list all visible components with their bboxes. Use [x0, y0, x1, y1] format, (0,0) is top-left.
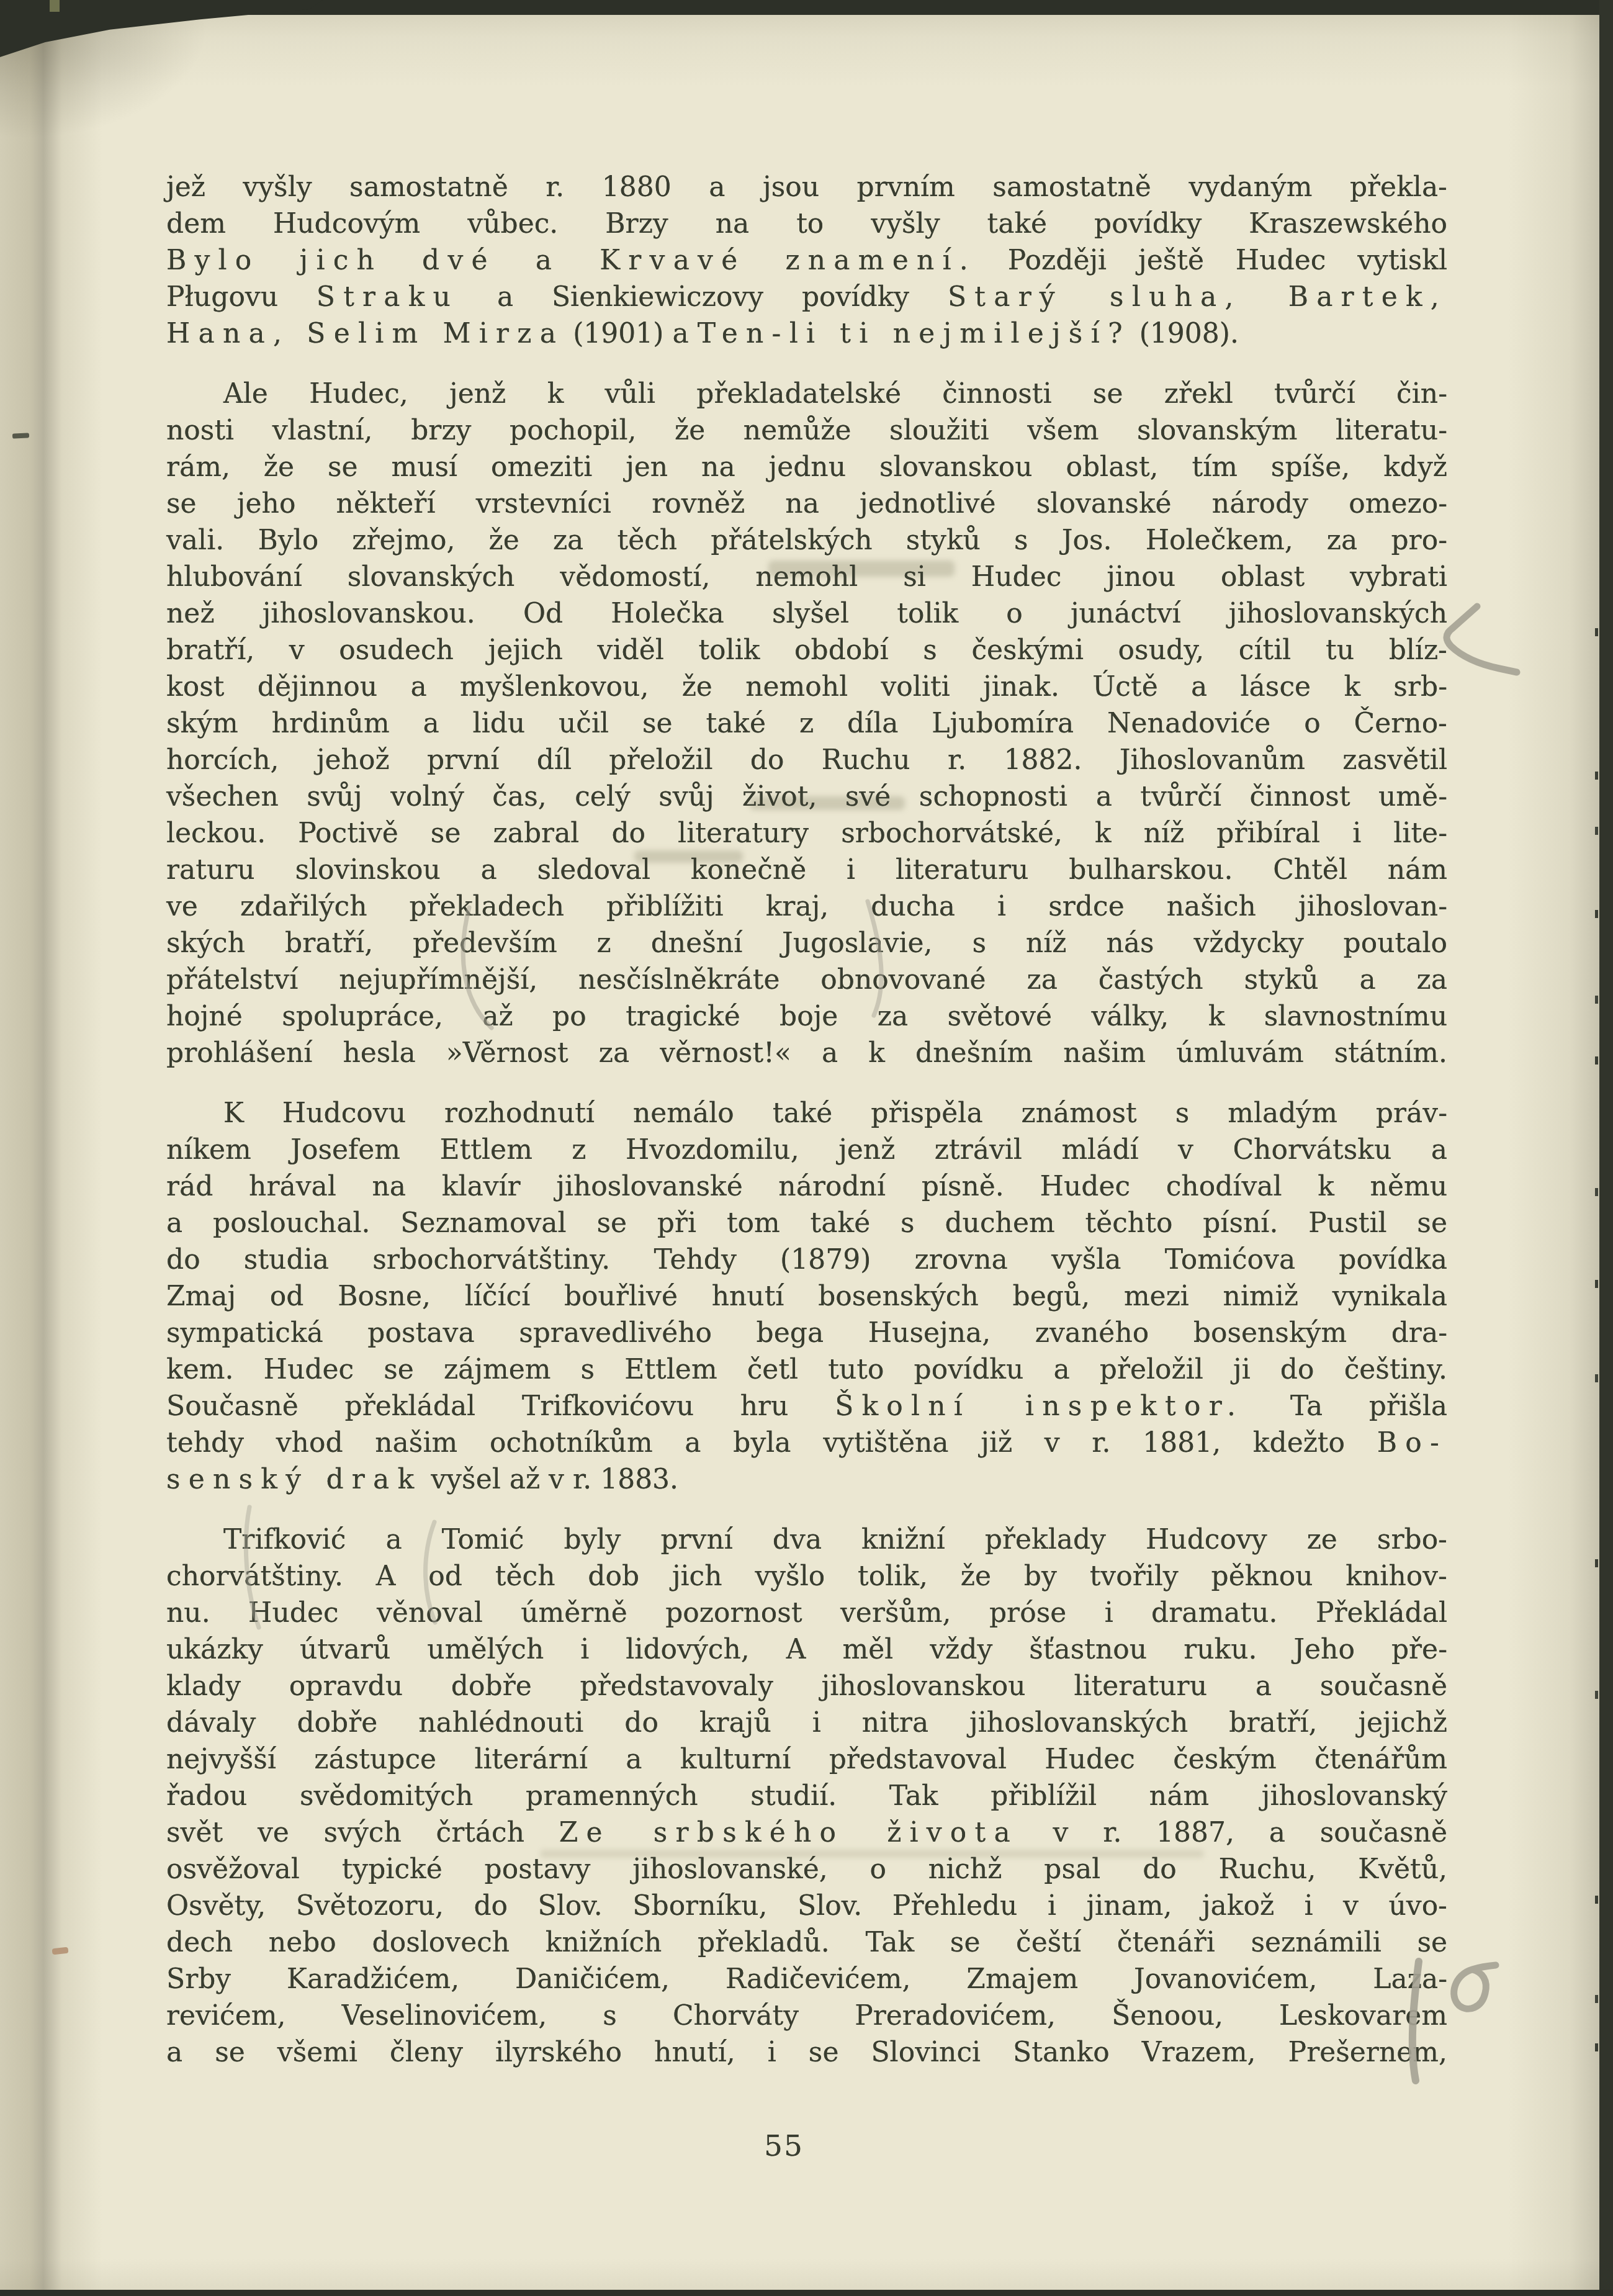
paragraph: jež vyšly samostatně r. 1880 a jsou prvn…: [166, 169, 1447, 352]
paragraph: Trifković a Tomić byly první dva knižní …: [166, 1521, 1447, 2071]
body-text: kem. Hudec se zájmem s Ettlem četl tuto …: [166, 1354, 1447, 1385]
body-text: ukázky útvarů umělých i lidových, A měl …: [166, 1634, 1447, 1665]
letterspaced-title-text: Bylo jich dvé a Krvavé znamení.: [166, 245, 976, 276]
letterspaced-title-text: Školní inspektor.: [835, 1390, 1244, 1422]
body-text: kost dějinnou a myšlenkovou, že nemohl v…: [166, 671, 1447, 703]
text-line: rád hrával na klavír jihoslovanské národ…: [166, 1168, 1447, 1205]
text-line: dem Hudcovým vůbec. Brzy na to vyšly tak…: [166, 205, 1447, 242]
letterspaced-title-text: senský drak: [166, 1464, 422, 1495]
body-text: a Sienkiewiczovy povídky: [459, 281, 948, 313]
body-text: všechen svůj volný čas, celý svůj život,…: [166, 781, 1447, 813]
text-line: senský drak vyšel až v r. 1883.: [166, 1461, 1447, 1498]
body-text: sympatická postava spravedlivého bega Hu…: [166, 1317, 1447, 1349]
text-line: dech nebo doslovech knižních překladů. T…: [166, 1924, 1447, 1961]
page-paper: jež vyšly samostatně r. 1880 a jsou prvn…: [0, 0, 1613, 2296]
text-line: tehdy vhod našim ochotníkům a byla vytiš…: [166, 1425, 1447, 1461]
body-text: do studia srbochorvátštiny. Tehdy (1879)…: [166, 1244, 1447, 1276]
text-line: sympatická postava spravedlivého bega Hu…: [166, 1315, 1447, 1351]
body-text: (1908).: [1131, 318, 1239, 349]
letterspaced-title-text: Ten-li ti nejmilejší?: [698, 318, 1131, 349]
body-text: chorvátštiny. A od těch dob jich vyšlo t…: [166, 1560, 1447, 1592]
text-line: leckou. Poctivě se zabral do literatury …: [166, 815, 1447, 852]
body-text: leckou. Poctivě se zabral do literatury …: [166, 817, 1447, 849]
text-line: než jihoslovanskou. Od Holečka slyšel to…: [166, 595, 1447, 632]
body-text: se jeho někteří vrstevníci rovněž na jed…: [166, 488, 1447, 520]
text-line: prohlášení hesla »Věrnost za věrnost!« a…: [166, 1035, 1447, 1071]
letterspaced-title-text: Straku: [317, 281, 459, 313]
text-line: hlubování slovanských vědomostí, nemohl …: [166, 559, 1447, 595]
text-line: klady opravdu dobře představovaly jihosl…: [166, 1668, 1447, 1704]
text-line: a se všemi členy ilyrského hnutí, i se S…: [166, 2034, 1447, 2071]
body-text: ským hrdinům a lidu učil se také z díla …: [166, 708, 1447, 739]
body-text: dech nebo doslovech knižních překladů. T…: [166, 1927, 1447, 1958]
body-text: Později ještě Hudec vytiskl: [976, 245, 1447, 276]
body-text: jež vyšly samostatně r. 1880 a jsou prvn…: [166, 171, 1447, 203]
text-line: ských bratří, především z dnešní Jugosla…: [166, 925, 1447, 961]
text-line: chorvátštiny. A od těch dob jich vyšlo t…: [166, 1558, 1447, 1595]
body-text: bratří, v osudech jejich viděl tolik obd…: [166, 634, 1447, 666]
text-line: svět ve svých črtách Ze srbského života …: [166, 1814, 1447, 1851]
page-number: 55: [756, 2129, 812, 2163]
body-text: Současně překládal Trifkovićovu hru: [166, 1390, 835, 1422]
text-line: přátelství nejupřímnější, nesčíslněkráte…: [166, 961, 1447, 998]
body-text: klady opravdu dobře představovaly jihosl…: [166, 1670, 1447, 1702]
body-text: níkem Josefem Ettlem z Hvozdomilu, jenž …: [166, 1134, 1447, 1166]
body-text: dávaly dobře nahlédnouti do krajů i nitr…: [166, 1707, 1447, 1739]
body-text: ských bratří, především z dnešní Jugosla…: [166, 927, 1447, 959]
text-line: řadou svědomitých pramenných studií. Tak…: [166, 1778, 1447, 1814]
paragraph: K Hudcovu rozhodnutí nemálo také přispěl…: [166, 1095, 1447, 1498]
text-line: a poslouchal. Seznamoval se při tom také…: [166, 1205, 1447, 1241]
body-text: nu. Hudec věnoval úměrně pozornost veršů…: [166, 1597, 1447, 1629]
body-text: Srby Karadžićem, Daničićem, Radičevićem,…: [166, 1963, 1447, 1995]
text-line: jež vyšly samostatně r. 1880 a jsou prvn…: [166, 169, 1447, 205]
body-text: osvěžoval typické postavy jihoslovanské,…: [166, 1853, 1447, 1885]
body-text: přátelství nejupřímnější, nesčíslněkráte…: [166, 964, 1447, 996]
text-line: Trifković a Tomić byly první dva knižní …: [166, 1521, 1447, 1558]
body-text: Zmaj od Bosne, líčící bouřlivé hnutí bos…: [166, 1281, 1447, 1312]
text-line: Srby Karadžićem, Daničićem, Radičevićem,…: [166, 1961, 1447, 1997]
body-text: Ta přišla: [1244, 1390, 1447, 1422]
text-line: rám, že se musí omeziti jen na jednu slo…: [166, 449, 1447, 485]
text-line: dávaly dobře nahlédnouti do krajů i nitr…: [166, 1704, 1447, 1741]
body-text: tehdy vhod našim ochotníkům a byla vytiš…: [166, 1427, 1377, 1459]
text-line: revićem, Veselinovićem, s Chorváty Prera…: [166, 1997, 1447, 2034]
text-line: Ale Hudec, jenž k vůli překladatelské či…: [166, 376, 1447, 412]
scan-edge-right: [1599, 0, 1613, 2296]
body-text: Osvěty, Světozoru, do Slov. Sborníku, Sl…: [166, 1890, 1447, 1922]
letterspaced-title-text: Bo-: [1377, 1427, 1447, 1459]
text-line: kem. Hudec se zájmem s Ettlem četl tuto …: [166, 1351, 1447, 1388]
body-text: Ale Hudec, jenž k vůli překladatelské či…: [223, 378, 1447, 410]
text-line: kost dějinnou a myšlenkovou, že nemohl v…: [166, 669, 1447, 705]
text-line: ve zdařilých překladech přiblížiti kraj,…: [166, 888, 1447, 925]
body-text: než jihoslovanskou. Od Holečka slyšel to…: [166, 598, 1447, 629]
body-text: dem Hudcovým vůbec. Brzy na to vyšly tak…: [166, 208, 1447, 240]
text-line: ským hrdinům a lidu učil se také z díla …: [166, 705, 1447, 742]
text-line: vali. Bylo zřejmo, že za těch přátelskýc…: [166, 522, 1447, 559]
text-line: Osvěty, Světozoru, do Slov. Sborníku, Sl…: [166, 1888, 1447, 1924]
text-line: Zmaj od Bosne, líčící bouřlivé hnutí bos…: [166, 1278, 1447, 1315]
body-text: a se všemi členy ilyrského hnutí, i se S…: [166, 2037, 1447, 2068]
text-column: jež vyšly samostatně r. 1880 a jsou prvn…: [166, 169, 1447, 2071]
text-line: Současně překládal Trifkovićovu hru Škol…: [166, 1388, 1447, 1425]
text-line: Pługovu Straku a Sienkiewiczovy povídky …: [166, 279, 1447, 315]
text-line: Hana, Selim Mirza (1901) a Ten-li ti nej…: [166, 315, 1447, 352]
scan-edge-specks: [1595, 0, 1598, 8]
body-text: Trifković a Tomić byly první dva knižní …: [223, 1524, 1447, 1555]
body-text: nosti vlastní, brzy pochopil, že nemůže …: [166, 415, 1447, 446]
letterspaced-title-text: Starý sluha, Bartek,: [948, 281, 1447, 313]
body-text: hlubování slovanských vědomostí, nemohl …: [166, 561, 1447, 593]
body-text: v r. 1887, a současně: [1018, 1817, 1447, 1848]
body-text: vyšel až v r. 1883.: [422, 1464, 678, 1495]
body-text: vali. Bylo zřejmo, že za těch přátelskýc…: [166, 524, 1447, 556]
body-text: Pługovu: [166, 281, 317, 313]
text-line: Bylo jich dvé a Krvavé znamení. Později …: [166, 242, 1447, 279]
body-text: a poslouchal. Seznamoval se při tom také…: [166, 1207, 1447, 1239]
body-text: (1901) a: [564, 318, 698, 349]
body-text: svět ve svých črtách: [166, 1817, 559, 1848]
letterspaced-title-text: Hana, Selim Mirza: [166, 318, 564, 349]
text-line: ukázky útvarů umělých i lidových, A měl …: [166, 1631, 1447, 1668]
text-line: bratří, v osudech jejich viděl tolik obd…: [166, 632, 1447, 669]
scan-edge-notch: [50, 0, 60, 12]
text-line: všechen svůj volný čas, celý svůj život,…: [166, 778, 1447, 815]
text-line: K Hudcovu rozhodnutí nemálo také přispěl…: [166, 1095, 1447, 1132]
text-line: se jeho někteří vrstevníci rovněž na jed…: [166, 485, 1447, 522]
body-text: horcích, jehož první díl přeložil do Ruc…: [166, 744, 1447, 776]
body-text: prohlášení hesla »Věrnost za věrnost!« a…: [166, 1037, 1447, 1069]
text-line: do studia srbochorvátštiny. Tehdy (1879)…: [166, 1241, 1447, 1278]
body-text: raturu slovinskou a sledoval konečně i l…: [166, 854, 1447, 886]
body-text: rád hrával na klavír jihoslovanské národ…: [166, 1171, 1447, 1202]
body-text: hojné spolupráce, až po tragické boje za…: [166, 1001, 1447, 1032]
scanned-book-page: { "document": { "kind": "scanned book pa…: [0, 0, 1613, 2296]
body-text: nejvyšší zástupce literární a kulturní p…: [166, 1744, 1447, 1775]
body-text: revićem, Veselinovićem, s Chorváty Prera…: [166, 2000, 1447, 2032]
body-text: ve zdařilých překladech přiblížiti kraj,…: [166, 891, 1447, 922]
text-line: nu. Hudec věnoval úměrně pozornost veršů…: [166, 1595, 1447, 1631]
text-line: raturu slovinskou a sledoval konečně i l…: [166, 852, 1447, 888]
body-text: rám, že se musí omeziti jen na jednu slo…: [166, 451, 1447, 483]
body-text: K Hudcovu rozhodnutí nemálo také přispěl…: [223, 1097, 1447, 1129]
text-line: nejvyšší zástupce literární a kulturní p…: [166, 1741, 1447, 1778]
body-text: řadou svědomitých pramenných studií. Tak…: [166, 1780, 1447, 1812]
text-line: osvěžoval typické postavy jihoslovanské,…: [166, 1851, 1447, 1888]
text-line: hojné spolupráce, až po tragické boje za…: [166, 998, 1447, 1035]
letterspaced-title-text: Ze srbského života: [559, 1817, 1018, 1848]
text-line: níkem Josefem Ettlem z Hvozdomilu, jenž …: [166, 1132, 1447, 1168]
paragraph: Ale Hudec, jenž k vůli překladatelské či…: [166, 376, 1447, 1071]
scan-edge-bottom: [0, 2290, 1613, 2296]
text-line: horcích, jehož první díl přeložil do Ruc…: [166, 742, 1447, 778]
text-line: nosti vlastní, brzy pochopil, že nemůže …: [166, 412, 1447, 449]
